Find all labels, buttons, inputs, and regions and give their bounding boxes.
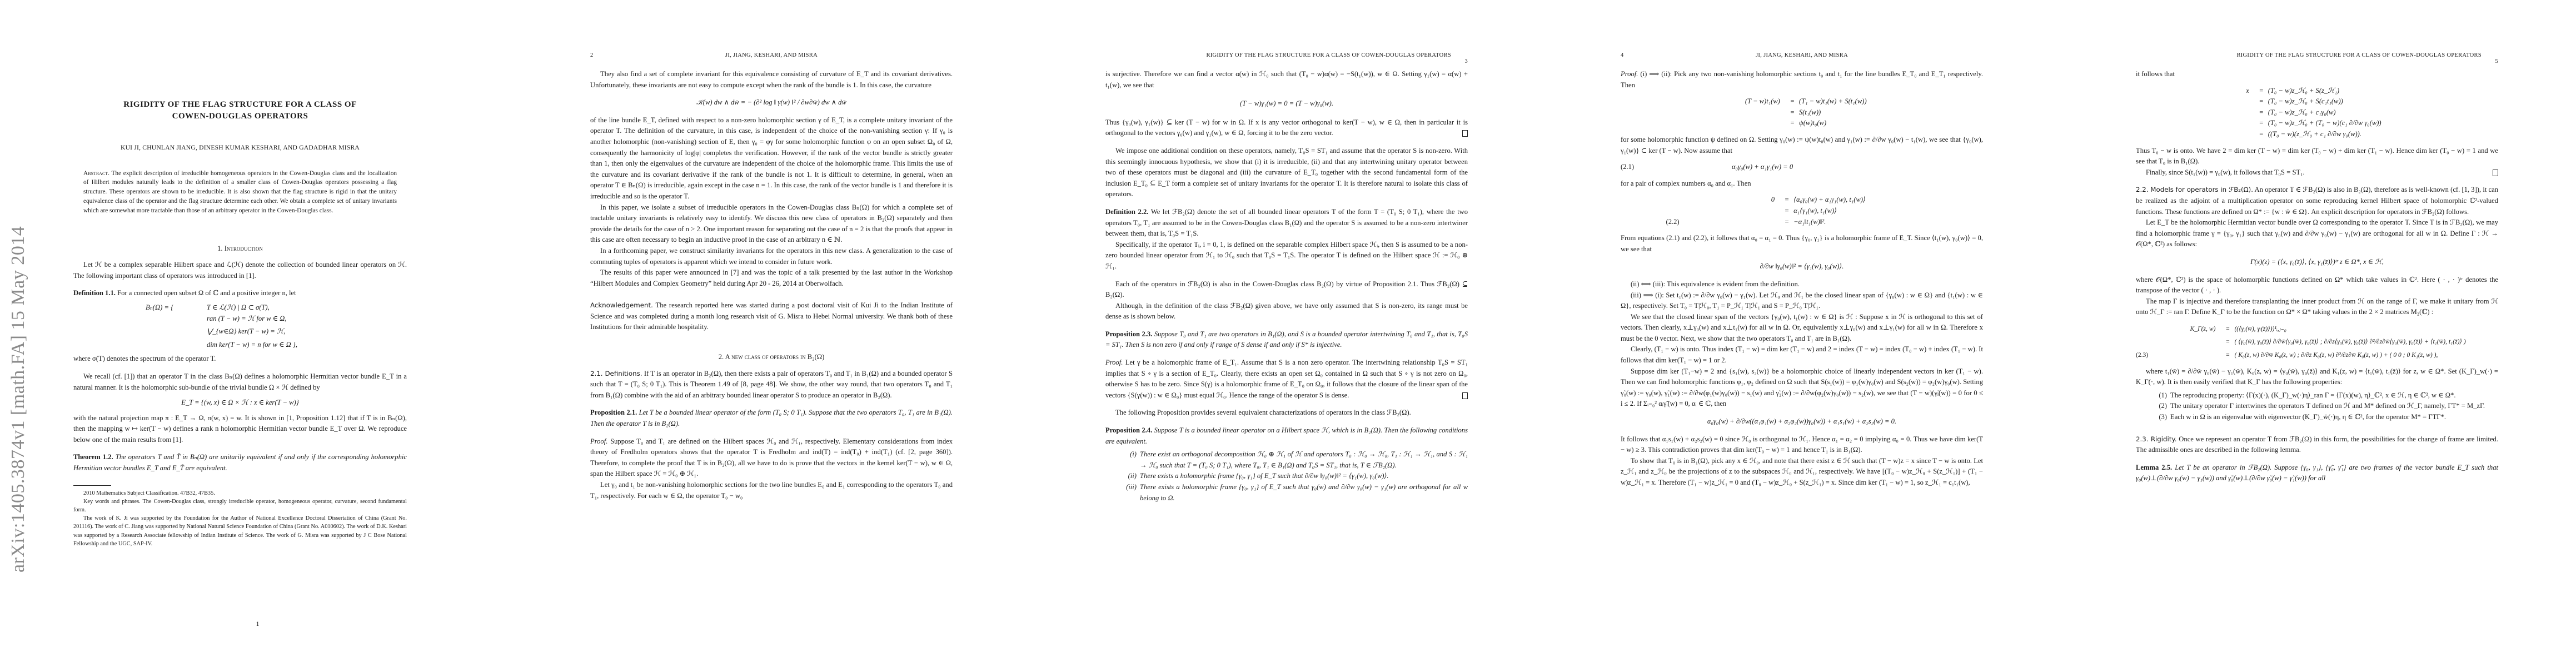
subsection-label: 2.1. Definitions.: [590, 370, 642, 377]
running-head-title: RIGIDITY OF THE FLAG STRUCTURE FOR A CLA…: [1105, 52, 1468, 58]
section-heading-introduction: 1. Introduction: [73, 243, 407, 255]
definition-label: Definition 2.2.: [1105, 208, 1148, 216]
acknowledgement-label: Acknowledgement.: [590, 301, 653, 309]
qed-icon: [2493, 170, 2498, 176]
proof: Proof. Let γ be a holomorphic frame of E…: [1105, 357, 1468, 401]
equation-body: α₀γ₀(w) + α₁γ₁(w) = 0: [1654, 162, 1983, 173]
projection-paragraph: with the natural projection map π : E_T …: [73, 413, 407, 446]
proposition-label: Proposition 2.1.: [590, 409, 637, 416]
definition-text: We let ℱB₂(Ω) denote the set of all boun…: [1105, 208, 1468, 237]
page-4: 4 JI, JIANG, KESHARI, AND MISRA Proof. (…: [1546, 0, 2061, 667]
paragraph: (iii) ⟹ (i): Set t₁(w) := ∂/∂w γ₀(w) − γ…: [1621, 290, 1983, 312]
kernel-equation: (T − w)γ₁(w) = 0 = (T − w)γ₀(w).: [1105, 98, 1468, 109]
paragraph: The map Γ is injective and therefore tra…: [2136, 296, 2498, 318]
footnote-funding: The work of K. Ji was supported by the F…: [73, 514, 407, 548]
paragraph: Finally, since S(t₁(w)) = γ₀(w), it foll…: [2136, 167, 2498, 178]
running-head-title: JI, JIANG, KESHARI, AND MISRA: [1621, 52, 1983, 58]
proposition-2-3: Proposition 2.3. Suppose T₀ and T₁ are t…: [1105, 329, 1468, 351]
paragraph: Each of the operators in ℱB₂(Ω) is also …: [1105, 279, 1468, 301]
arxiv-stamp: arXiv:1405.3874v1 [math.FA] 15 May 2014: [8, 226, 29, 573]
bn-line: dim ker(T − w) = n for w ∈ Ω },: [207, 340, 297, 351]
intro-paragraph: Let ℋ be a complex separable Hilbert spa…: [73, 260, 407, 281]
proposition-text: Suppose T is a bounded linear operator o…: [1105, 426, 1468, 445]
list-item: (i)There exist an orthogonal decompositi…: [1121, 449, 1468, 471]
proof-text: Let γ₀ and t₁ be non-vanishing holomorph…: [590, 480, 953, 501]
bn-line: T ∈ ℒ(ℋ) | Ω ⊂ σ(T),: [207, 302, 297, 313]
section-heading-2: 2. A new class of operators in B₂(Ω): [590, 352, 953, 363]
kernel-matrix-equation: K_Γ(z, w)=((⟨γⱼ(w̄), γᵢ(z̄)⟩))¹ᵢ,ⱼ₌₀ =( …: [2136, 323, 2498, 361]
paragraph: The following Proposition provides sever…: [1105, 407, 1468, 419]
proposition-2-1: Proposition 2.1. Let T be a bounded line…: [590, 407, 953, 429]
paragraph: Suppose dim ker (T₁−w) = 2 and {s₁(w), s…: [1621, 366, 1983, 410]
acknowledgement: Acknowledgement. The research reported h…: [590, 300, 953, 333]
paragraph: From equations (2.1) and (2.2), it follo…: [1621, 233, 1983, 255]
list-item: (iii)There exists a holomorphic frame {γ…: [1121, 482, 1468, 504]
qed-icon: [1462, 130, 1468, 137]
linear-combination-equation: α₀γ₀(w) + ∂/∂w((α₁φ₁(w) + α₂φ₂(w))γ₀(w))…: [1621, 416, 1983, 427]
subsection-label: 2.2. Models for operators in ℱB₂(Ω).: [2136, 186, 2253, 193]
proof-label: Proof.: [590, 437, 607, 445]
proposition-label: Proposition 2.3.: [1105, 330, 1152, 338]
running-head-title: RIGIDITY OF THE FLAG STRUCTURE FOR A CLA…: [2136, 52, 2498, 58]
definition-2-2: Definition 2.2. We let ℱB₂(Ω) denote the…: [1105, 207, 1468, 240]
page-number: 4: [1621, 52, 1624, 58]
paragraph: for a pair of complex numbers α₀ and α₁.…: [1621, 178, 1983, 190]
paragraph: Specifically, if the operator Tᵢ, i = 0,…: [1105, 240, 1468, 272]
qed-icon: [1462, 392, 1468, 399]
subsection-2-3: 2.3. Rigidity. Once we represent an oper…: [2136, 434, 2498, 456]
paragraph: Thus T₀ − w is onto. We have 2 = dim ker…: [2136, 146, 2498, 167]
paragraph: The results of this paper were announced…: [590, 267, 953, 289]
theorem-text: The operators T and T̃ in Bₙ(Ω) are unit…: [73, 453, 407, 472]
definitions-2-1: 2.1. Definitions. If T is an operator in…: [590, 369, 953, 401]
list-item: (1)The reproducing property: ⟨Γ(x)(·), (…: [2151, 390, 2498, 401]
equation-tag: (2.1): [1621, 162, 1654, 173]
paragraph: where t₁(w̄) = ∂/∂w̄ γ₀(w̄) − γ₁(w̄), K₀…: [2136, 366, 2498, 388]
page-number: 1: [0, 620, 515, 628]
spectrum-note: where σ(T) denotes the spectrum of the o…: [73, 354, 407, 365]
theorem-1-2: Theorem 1.2. The operators T and T̃ in B…: [73, 452, 407, 474]
list-item: (2)The unitary operator Γ intertwines th…: [2151, 401, 2498, 412]
authors: KUI JI, CHUNLAN JIANG, DINESH KUMAR KESH…: [73, 142, 407, 153]
bn-definition-equation: Bₙ(Ω) = { T ∈ ℒ(ℋ) | Ω ⊂ σ(T), ran (T − …: [146, 302, 407, 350]
aligned-equation: (T − w)t₁(w)=(T₁ − w)t₁(w) + S(t₁(w)) =S…: [1693, 96, 1910, 129]
running-head: RIGIDITY OF THE FLAG STRUCTURE FOR A CLA…: [2136, 52, 2498, 58]
bn-line: ran (T − w) = ℋ for w ∈ Ω,: [207, 313, 297, 325]
definition-label: Definition 1.1.: [73, 289, 116, 297]
proposition-label: Proposition 2.4.: [1105, 426, 1152, 434]
curvature-equation: 𝒦(w) dw ∧ dw̄ = − (∂² log ‖ γ(w) ‖² / ∂w…: [590, 97, 953, 108]
definition-1-1: Definition 1.1. For a connected open sub…: [73, 288, 407, 299]
paragraph: Thus {γ₀(w), γ₁(w)} ⊆ ker (T − w) for w …: [1105, 117, 1468, 139]
page-3: RIGIDITY OF THE FLAG STRUCTURE FOR A CLA…: [1030, 0, 1546, 667]
paragraph: Clearly, (T₁ − w) is onto. Thus index (T…: [1621, 344, 1983, 366]
title-line-1: RIGIDITY OF THE FLAG STRUCTURE FOR A CLA…: [73, 99, 407, 111]
title-line-2: COWEN-DOUGLAS OPERATORS: [73, 111, 407, 122]
paragraph: Let E_T be the holomorphic Hermitian vec…: [2136, 217, 2498, 250]
running-head-title: JI, JIANG, KESHARI, AND MISRA: [590, 52, 953, 58]
list-item: (ii)There exists a holomorphic frame {γ₀…: [1121, 471, 1468, 482]
equation-2-1: (2.1) α₀γ₀(w) + α₁γ₁(w) = 0: [1621, 162, 1983, 173]
bn-lhs: Bₙ(Ω) = {: [146, 302, 207, 350]
proposition-text: Suppose T₀ and T₁ are two operators in B…: [1105, 330, 1468, 349]
paragraph: In a forthcoming paper, we construct sim…: [590, 246, 953, 267]
subsection-label: 2.3. Rigidity.: [2136, 435, 2177, 443]
definition-text: For a connected open subset Ω of ℂ and a…: [117, 289, 296, 297]
lemma-2-5: Lemma 2.5. Let T be an operator in ℱB₂(Ω…: [2136, 462, 2498, 484]
proof: Proof. Suppose T₀ and T₁ are defined on …: [590, 436, 953, 480]
paragraph: for some holomorphic function ψ defined …: [1621, 135, 1983, 156]
gamma-map-equation: Γ(x)(z) = (⟨x, γ₀(z̄)⟩, ⟨x, γ₁(z̄)⟩)ᵗʳ z…: [2136, 257, 2498, 268]
paragraph: is surjective. Therefore we can find a v…: [1105, 69, 1468, 91]
proof: Proof. (i) ⟹ (ii): Pick any two non-vani…: [1621, 69, 1983, 91]
running-head: 2 JI, JIANG, KESHARI, AND MISRA: [590, 52, 953, 58]
page-number: 2: [590, 52, 594, 58]
page-number: 3: [1464, 58, 1468, 64]
footnote-keywords: Key words and phrases. The Cowen-Douglas…: [73, 497, 407, 514]
list-item: (3)Each w in Ω is an eigenvalue with eig…: [2151, 412, 2498, 423]
proposition-2-4: Proposition 2.4. Suppose T is a bounded …: [1105, 425, 1468, 447]
condition-list: (i)There exist an orthogonal decompositi…: [1121, 449, 1468, 504]
proof-label: Proof.: [1105, 359, 1123, 366]
paragraph: We impose one additional condition on th…: [1105, 146, 1468, 200]
running-head: RIGIDITY OF THE FLAG STRUCTURE FOR A CLA…: [1105, 52, 1468, 58]
paragraph: Although, in the definition of the class…: [1105, 301, 1468, 322]
proof-label: Proof.: [1621, 70, 1638, 78]
recall-paragraph: We recall (cf. [1]) that an operator T i…: [73, 371, 407, 393]
paragraph: It follows that α₁s₁(w) + α₂s₂(w) = 0 si…: [1621, 434, 1983, 456]
bn-line: ⋁_{w∈Ω} ker(T − w) = ℋ,: [207, 326, 297, 337]
theorem-label: Theorem 1.2.: [73, 453, 113, 461]
page-5: RIGIDITY OF THE FLAG STRUCTURE FOR A CLA…: [2061, 0, 2576, 667]
page-number: 5: [2495, 58, 2498, 64]
proof-text: Suppose T₀ and T₁ are defined on the Hil…: [590, 437, 953, 478]
page-2: 2 JI, JIANG, KESHARI, AND MISRA They als…: [515, 0, 1030, 667]
aligned-equation: x=(T₀ − w)z_ℋ₀ + S(z_ℋ₁) =(T₀ − w)z_ℋ₀ +…: [2181, 86, 2453, 140]
paragraph: We see that the closed linear span of th…: [1621, 312, 1983, 345]
abstract-text: The explicit description of irreducible …: [83, 170, 397, 214]
subsection-text: Once we represent an operator T from ℱB₂…: [2136, 435, 2498, 454]
paper-title: RIGIDITY OF THE FLAG STRUCTURE FOR A CLA…: [73, 99, 407, 122]
paragraph: it follows that: [2136, 69, 2498, 80]
proposition-text: Let T be a bounded linear operator of th…: [590, 409, 953, 427]
property-list: (1)The reproducing property: ⟨Γ(x)(·), (…: [2151, 390, 2498, 423]
running-head: 4 JI, JIANG, KESHARI, AND MISRA: [1621, 52, 1983, 58]
abstract-label: Abstract.: [83, 170, 109, 177]
footnote-rule: [73, 485, 111, 486]
paragraph: In this paper, we isolate a subset of ir…: [590, 202, 953, 246]
paragraph: They also find a set of complete invaria…: [590, 69, 953, 91]
lemma-text: Let T be an operator in ℱB₂(Ω). Suppose …: [2136, 464, 2498, 482]
subsection-text: If T is an operator in B₂(Ω), then there…: [590, 370, 953, 399]
et-equation: E_T = {(w, x) ∈ Ω × ℋ : x ∈ ker(T − w)}: [73, 397, 407, 409]
proof-text: (i) ⟹ (ii): Pick any two non-vanishing h…: [1621, 70, 1983, 89]
paragraph: To show that T₀ is in B₁(Ω), pick any x …: [1621, 456, 1983, 489]
page-1: arXiv:1405.3874v1 [math.FA] 15 May 2014 …: [0, 0, 515, 667]
subsection-2-2: 2.2. Models for operators in ℱB₂(Ω). An …: [2136, 185, 2498, 217]
paragraph: where 𝒪(Ω*, ℂ²) is the space of holomorp…: [2136, 275, 2498, 296]
paragraph: (ii) ⟺ (iii): This equivalence is eviden…: [1621, 279, 1983, 290]
lemma-label: Lemma 2.5.: [2136, 464, 2172, 471]
abstract: Abstract. The explicit description of ir…: [83, 169, 397, 216]
derivative-equation: ∂/∂w ‖γ₀(w)‖² = ⟨γ₁(w), γ₀(w)⟩.: [1621, 261, 1983, 272]
paragraph: of the line bundle E_T, defined with res…: [590, 115, 953, 202]
footnotes: 2010 Mathematics Subject Classification.…: [73, 489, 407, 548]
aligned-equation-2-2: 0=⟨α₀γ₀(w) + α₁γ₁(w), t₁(w)⟩ =α₁⟨γ₁(w), …: [1666, 195, 1938, 227]
proof-text: Let γ be a holomorphic frame of E_T₁. As…: [1105, 359, 1468, 399]
footnote-msc: 2010 Mathematics Subject Classification.…: [73, 489, 407, 497]
